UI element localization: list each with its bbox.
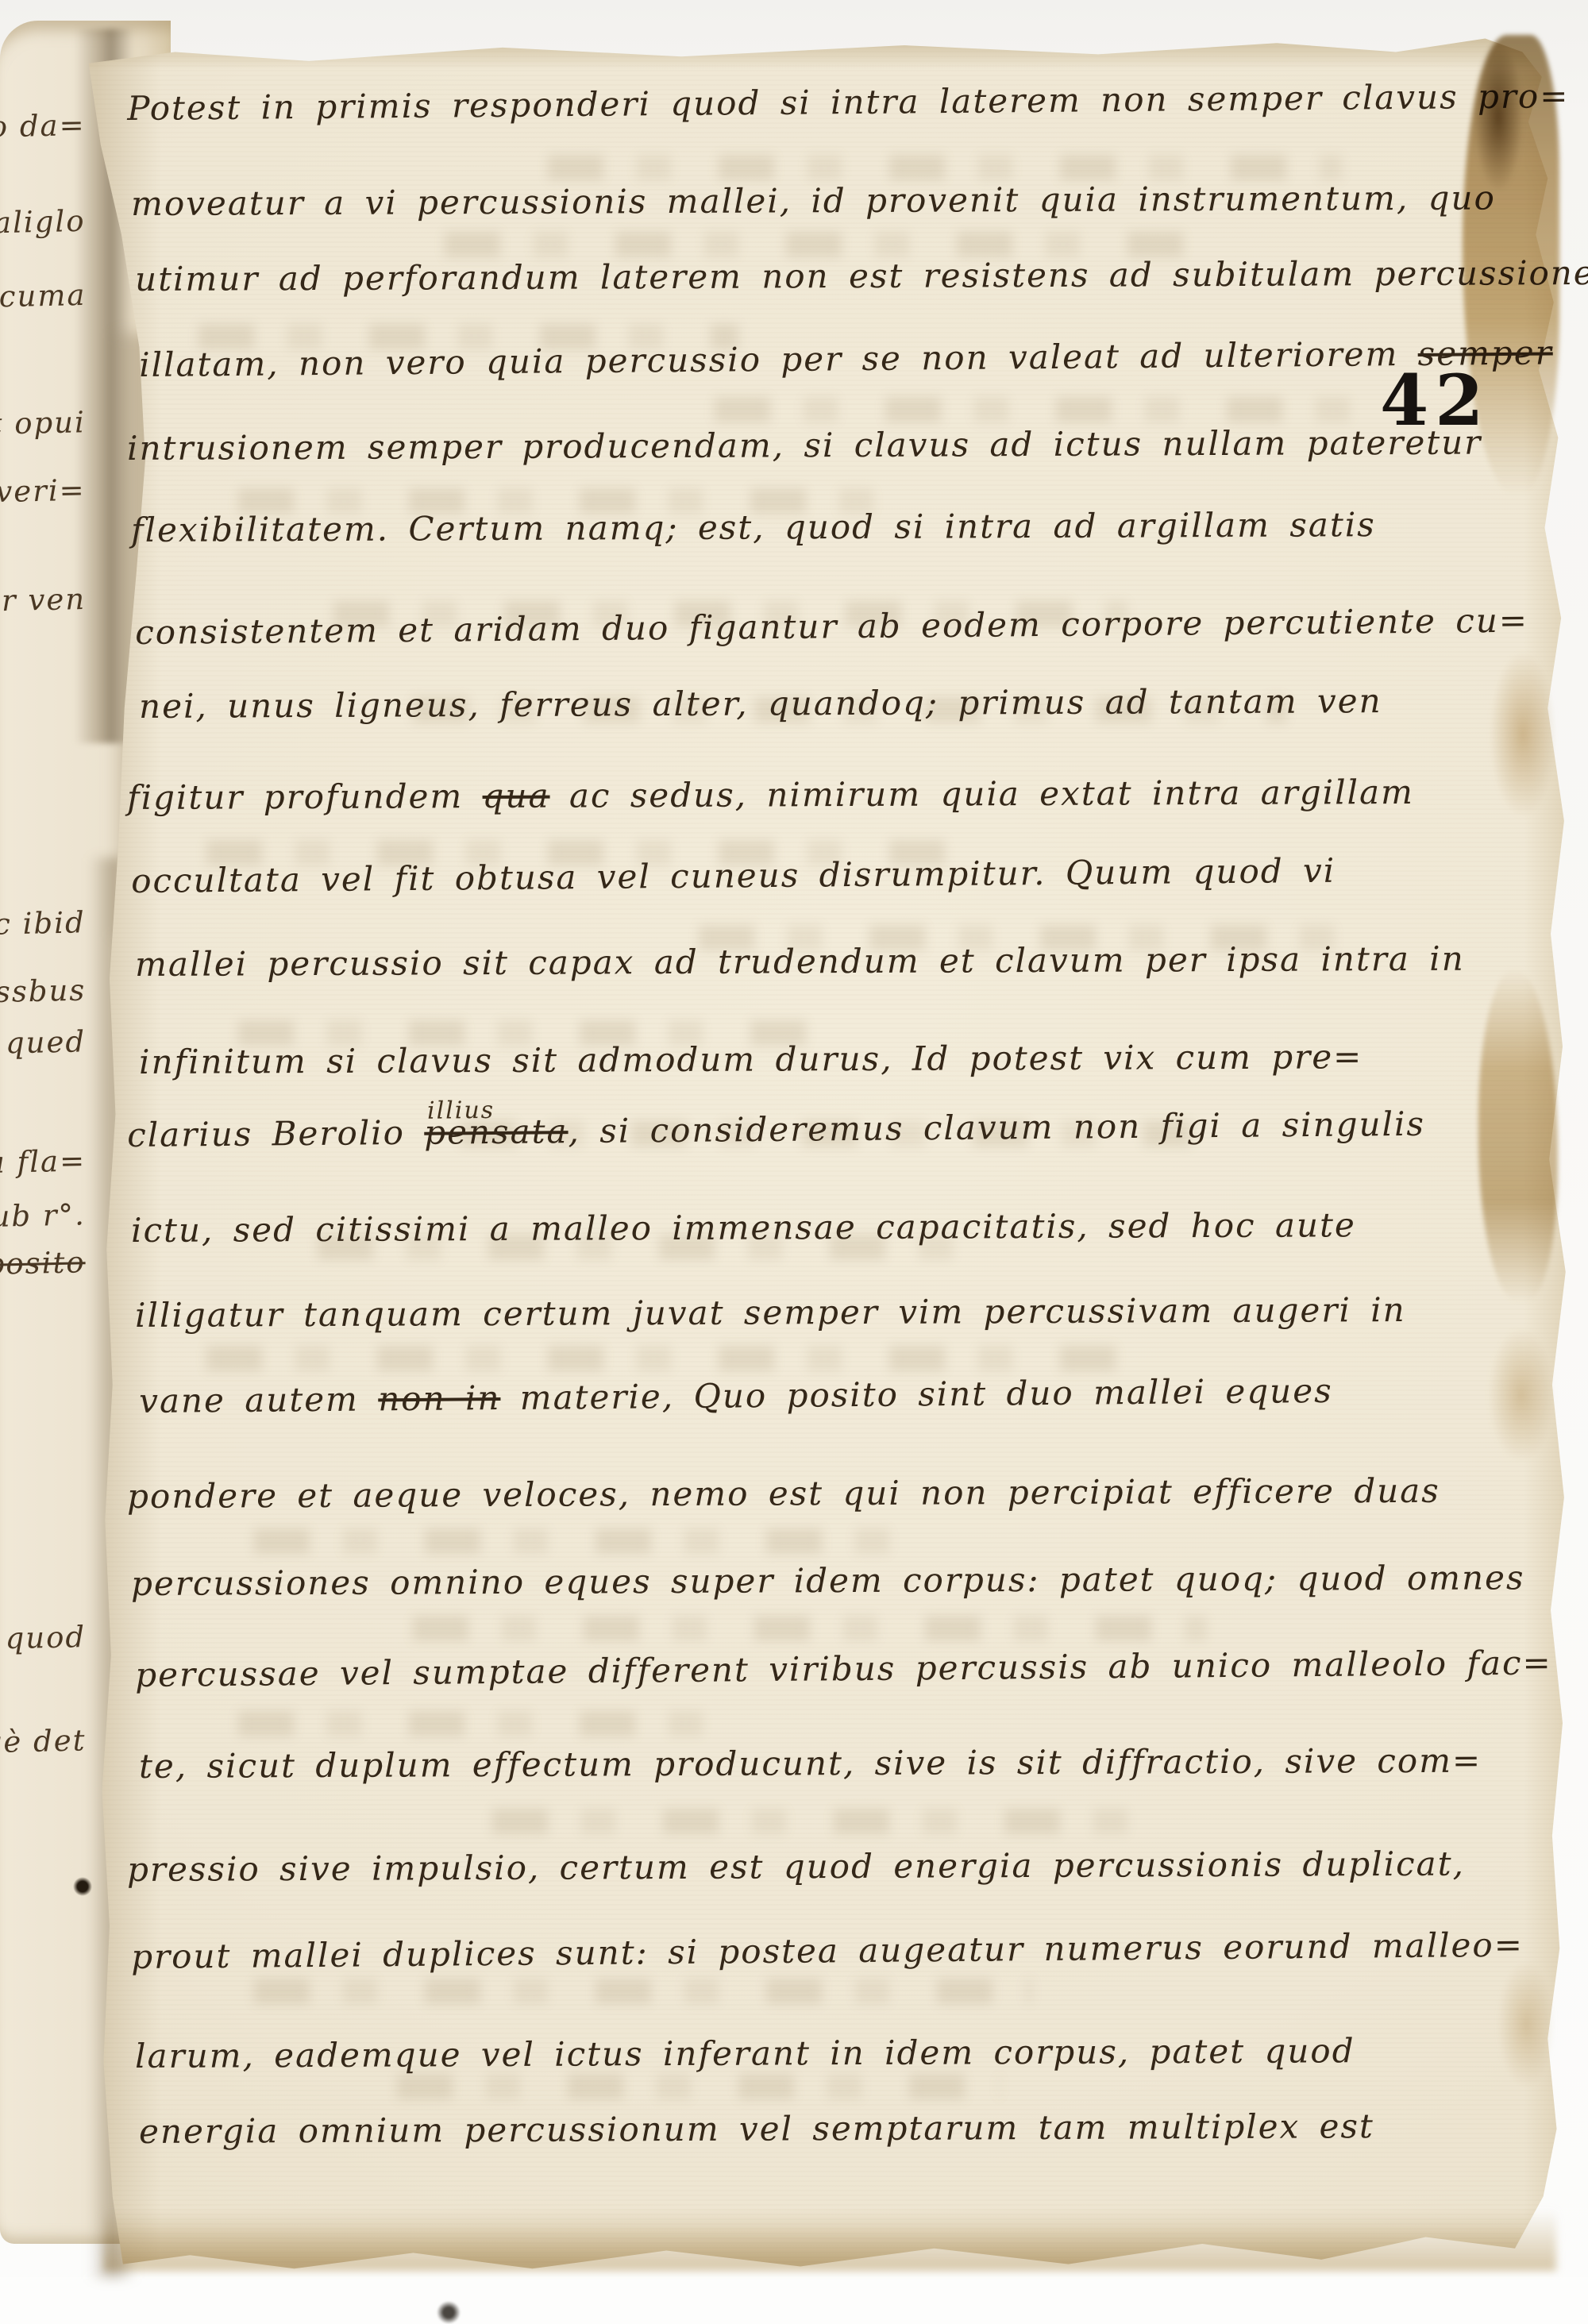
facing-page-text-fragment: fiat opui <box>0 405 86 442</box>
ink-dot <box>73 1877 92 1896</box>
facing-page-text-fragment: percussbus <box>0 973 86 1012</box>
manuscript-line: moveatur a vi percussionis mallei, id pr… <box>131 179 1496 223</box>
manuscript-line: ictu, sed citissimi a malleo immensae ca… <box>131 1205 1356 1250</box>
manuscript-line: nei, unus ligneus, ferreus alter, quando… <box>139 681 1382 726</box>
line-segment: vane autem <box>139 1379 378 1420</box>
manuscript-line: pondere et aeque veloces, nemo est qui n… <box>127 1471 1440 1516</box>
line-segment: energia omnium percussionum vel semptaru… <box>139 2106 1374 2151</box>
manuscript-line: illigatur tanquam certum juvat semper vi… <box>135 1290 1406 1335</box>
line-segment: intrusionem semper producendam, si clavu… <box>127 423 1482 468</box>
manuscript-line: intrusionem semper producendam, si clavu… <box>127 423 1482 468</box>
facing-page-text-fragment: aliglo <box>0 204 86 240</box>
line-segment-struck: non in <box>378 1378 501 1418</box>
facing-page-text-fragment: casu veri= <box>0 473 86 511</box>
line-segment: materie, Quo posito sint duo mallei eque… <box>500 1371 1333 1417</box>
line-segment: nei, unus ligneus, ferreus alter, quando… <box>139 681 1382 726</box>
manuscript-line: larum, eademque vel ictus inferant in id… <box>135 2031 1355 2075</box>
manuscript-line: te, sicut duplum effectum producunt, siv… <box>139 1741 1482 1786</box>
facing-page-text-fragment: ila fla= <box>0 1143 86 1180</box>
facing-page-text-fragment: rgè det <box>0 1723 86 1759</box>
line-segment-struck: qua <box>482 777 549 815</box>
line-segment: flexibilitatem. Certum namq; est, quod s… <box>131 505 1376 549</box>
manuscript-line: infinitum si clavus sit admodum durus, I… <box>139 1037 1363 1081</box>
line-segment: pondere et aeque veloces, nemo est qui n… <box>127 1471 1440 1516</box>
line-segment: , si consideremus clavum non figi a sing… <box>568 1104 1425 1150</box>
line-segment: te, sicut duplum effectum producunt, siv… <box>139 1741 1482 1786</box>
facing-page-text-fragment: e posito <box>0 1245 86 1281</box>
manuscript-line: figitur profundem qua ac sedus, nimirum … <box>127 773 1414 817</box>
manuscript-line: mallei percussio sit capax ad trudendum … <box>135 939 1465 984</box>
facing-page-text-fragment: vo qued <box>0 1024 86 1061</box>
line-segment: larum, eademque vel ictus inferant in id… <box>135 2031 1355 2075</box>
facing-page-text-fragment: hoc quod <box>0 1620 86 1657</box>
manuscript-scan: Potest in primis responderi quod si intr… <box>0 0 1588 2324</box>
line-segment: illigatur tanquam certum juvat semper vi… <box>135 1290 1406 1335</box>
manuscript-line: flexibilitatem. Certum namq; est, quod s… <box>131 505 1376 549</box>
line-segment: pressio sive impulsio, certum est quod e… <box>127 1844 1465 1889</box>
line-segment: mallei percussio sit capax ad trudendum … <box>135 939 1465 984</box>
line-segment: ac sedus, nimirum quia extat intra argil… <box>549 773 1414 815</box>
scanner-background <box>0 2277 1588 2324</box>
facing-page-text-fragment: bo acuma <box>0 278 86 315</box>
page-number: 42 <box>1380 359 1490 441</box>
manuscript-line: utimur ad perforandum laterem non est re… <box>135 253 1588 299</box>
line-segment: clarius Berolio <box>127 1113 424 1154</box>
line-segment: figitur profundem <box>127 777 483 817</box>
manuscript-line: percussiones omnino eques super idem cor… <box>131 1558 1525 1603</box>
facing-page-text-fragment: gi ter ven <box>0 582 86 619</box>
line-segment: percussiones omnino eques super idem cor… <box>131 1558 1525 1603</box>
facing-page-text-fragment: n ub r°. <box>0 1197 86 1234</box>
line-segment: infinitum si clavus sit admodum durus, I… <box>139 1037 1363 1081</box>
line-segment: utimur ad perforandum laterem non est re… <box>135 253 1588 299</box>
manuscript-line: pressio sive impulsio, certum est quod e… <box>127 1844 1465 1889</box>
facing-page-text-fragment: aheo da= <box>0 108 86 145</box>
line-segment: moveatur a vi percussionis mallei, id pr… <box>131 179 1496 223</box>
line-segment: ictu, sed citissimi a malleo immensae ca… <box>131 1205 1356 1250</box>
facing-page-text-fragment: hoc ibid <box>0 905 86 942</box>
manuscript-line: energia omnium percussionum vel semptaru… <box>139 2106 1374 2151</box>
